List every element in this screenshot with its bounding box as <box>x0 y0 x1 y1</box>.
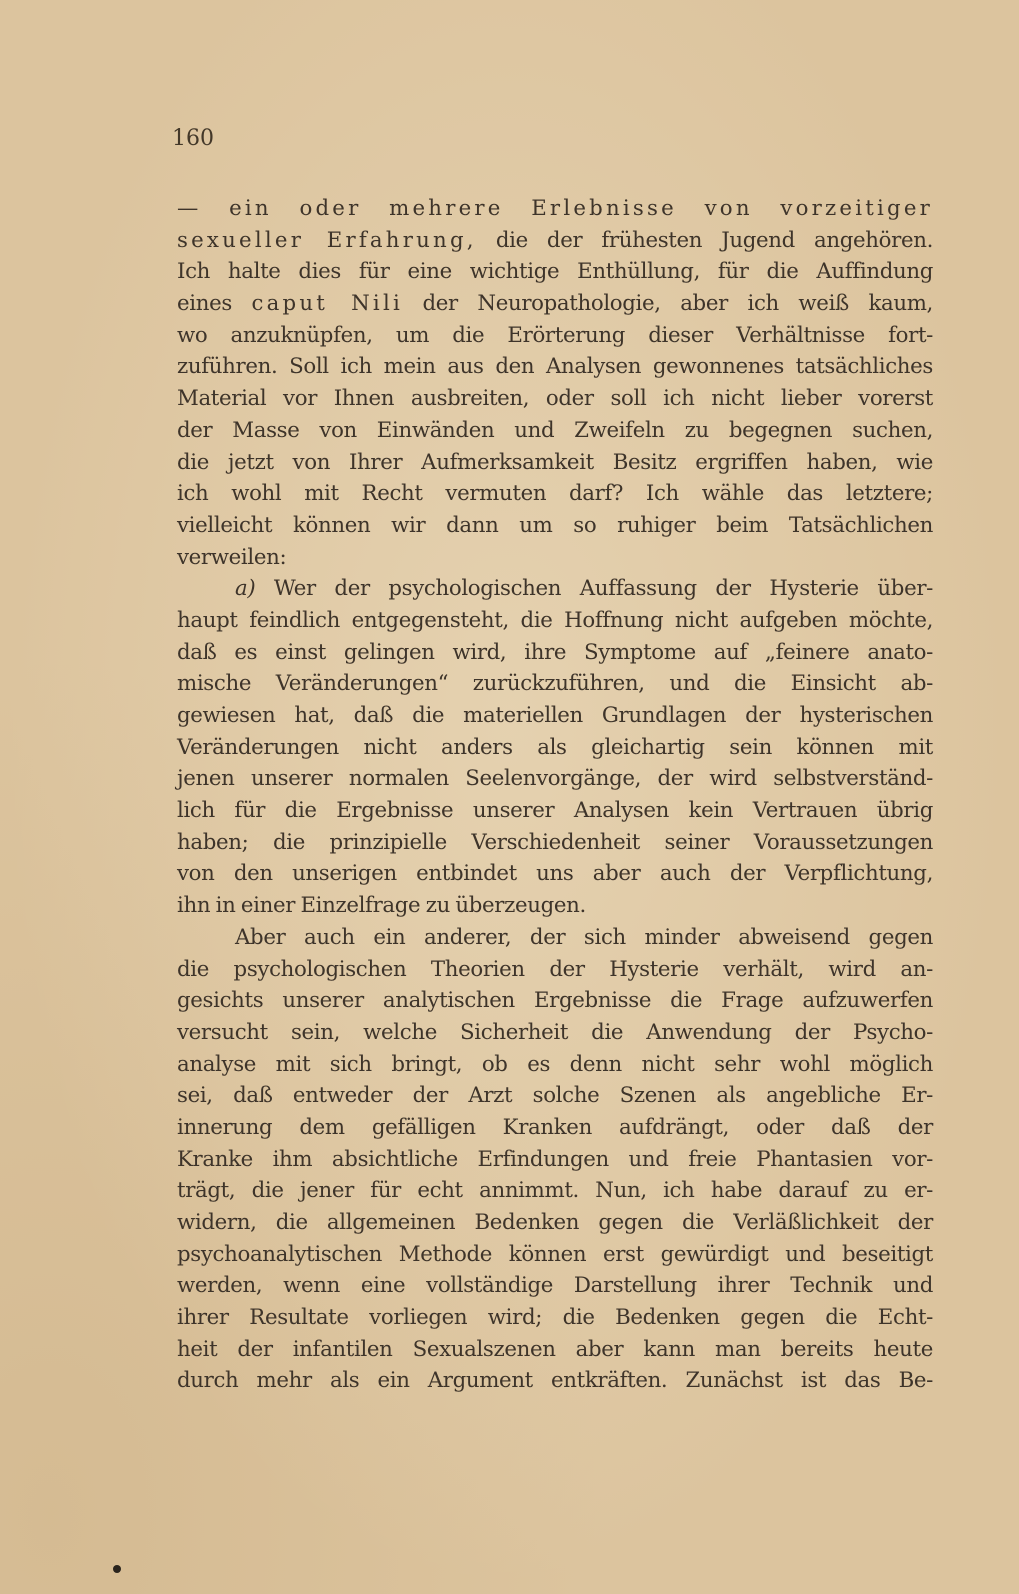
page-number: 160 <box>172 126 214 151</box>
spaced-emphasis: — ein oder mehrere Erlebnisse von vorzei… <box>177 196 933 221</box>
text-line: die jetzt von Ihrer Aufmerksamkeit Besit… <box>177 447 933 479</box>
text-line: die psychologischen Theorien der Hysteri… <box>177 954 933 986</box>
text-span: der Neuropathologie, aber ich weiß kaum, <box>403 291 933 316</box>
text-line: verweilen: <box>177 542 933 574</box>
text-line: gesichts unserer analytischen Ergebnisse… <box>177 985 933 1017</box>
text-line: Aber auch ein anderer, der sich minder a… <box>177 922 933 954</box>
text-line: trägt, die jener für echt annimmt. Nun, … <box>177 1175 933 1207</box>
text-line: jenen unserer normalen Seelenvorgänge, d… <box>177 763 933 795</box>
text-line: eines caput Nili der Neuropathologie, ab… <box>177 288 933 320</box>
text-line: der Masse von Einwänden und Zweifeln zu … <box>177 415 933 447</box>
text-line: innerung dem gefälligen Kranken aufdräng… <box>177 1112 933 1144</box>
text-line: ihrer Resultate vorliegen wird; die Bede… <box>177 1302 933 1334</box>
text-line: sei, daß entweder der Arzt solche Szenen… <box>177 1080 933 1112</box>
book-page: 160 — ein oder mehrere Erlebnisse von vo… <box>0 0 1019 1594</box>
text-line: Kranke ihm absichtliche Erfindungen und … <box>177 1144 933 1176</box>
text-line: daß es einst gelingen wird, ihre Symptom… <box>177 637 933 669</box>
text-line: werden, wenn eine vollständige Darstellu… <box>177 1270 933 1302</box>
text-span: Wer der psychologischen Auffassung der H… <box>255 576 933 601</box>
text-line: lich für die Ergebnisse unserer Analysen… <box>177 795 933 827</box>
text-line: durch mehr als ein Argument entkräften. … <box>177 1365 933 1397</box>
text-line: heit der infantilen Sexualszenen aber ka… <box>177 1334 933 1366</box>
text-line: haben; die prinzipielle Verschiedenheit … <box>177 827 933 859</box>
text-line: ihn in einer Einzelfrage zu überzeugen. <box>177 890 933 922</box>
text-line: ich wohl mit Recht vermuten darf? Ich wä… <box>177 478 933 510</box>
text-line: a) Wer der psychologischen Auffassung de… <box>177 573 933 605</box>
text-span: eines <box>177 291 251 316</box>
spaced-emphasis: sexueller Erfahrung, <box>177 228 477 253</box>
text-line: psychoanalytischen Methode können erst g… <box>177 1239 933 1271</box>
text-line: vielleicht können wir dann um so ruhiger… <box>177 510 933 542</box>
text-line: widern, die allgemeinen Bedenken gegen d… <box>177 1207 933 1239</box>
list-marker: a) <box>235 576 255 601</box>
spaced-emphasis: caput Nili <box>251 291 403 316</box>
text-line: Veränderungen nicht anders als gleichart… <box>177 732 933 764</box>
text-line: wo anzuknüpfen, um die Erörterung dieser… <box>177 320 933 352</box>
text-span: die der frühesten Jugend angehören. <box>477 228 933 253</box>
text-line: Ich halte dies für eine wichtige Enthüll… <box>177 256 933 288</box>
text-line: haupt feindlich entgegensteht, die Hoffn… <box>177 605 933 637</box>
text-line: von den unserigen entbindet uns aber auc… <box>177 858 933 890</box>
text-line: gewiesen hat, daß die materiellen Grundl… <box>177 700 933 732</box>
text-line: zuführen. Soll ich mein aus den Analysen… <box>177 351 933 383</box>
text-line: Material vor Ihnen ausbreiten, oder soll… <box>177 383 933 415</box>
text-line: sexueller Erfahrung, die der frühesten J… <box>177 225 933 257</box>
text-line: — ein oder mehrere Erlebnisse von vorzei… <box>177 193 933 225</box>
ink-spot-mark <box>113 1565 121 1573</box>
text-line: analyse mit sich bringt, ob es denn nich… <box>177 1049 933 1081</box>
text-line: versucht sein, welche Sicherheit die Anw… <box>177 1017 933 1049</box>
text-line: mische Veränderungen“ zurückzuführen, un… <box>177 668 933 700</box>
body-text: — ein oder mehrere Erlebnisse von vorzei… <box>177 193 933 1397</box>
